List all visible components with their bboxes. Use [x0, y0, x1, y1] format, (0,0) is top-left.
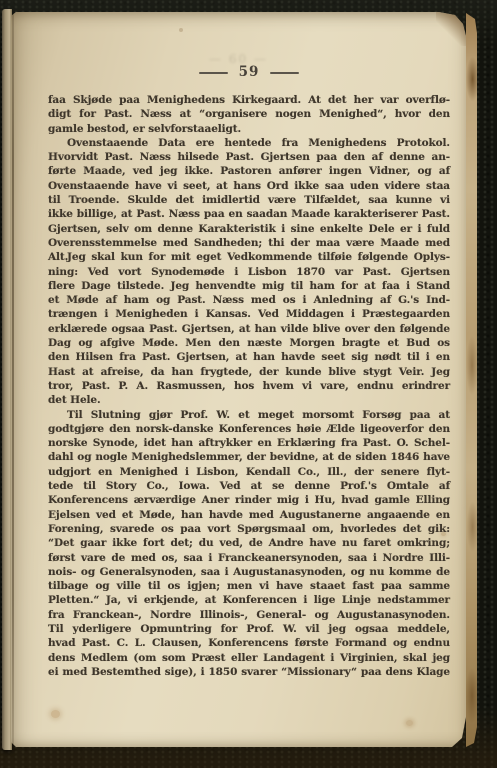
foxing-spot — [406, 720, 413, 726]
text-line: fra Franckean-, Nordre Illinois-, Genera… — [48, 608, 450, 622]
text-line: digt for Past. Næss at “organisere nogen… — [48, 107, 450, 121]
page-header: 59 — [48, 64, 450, 80]
text-line: nois- og Generalsynoden, saa i Augustana… — [48, 565, 450, 579]
text-line: flere Dage tilstede. Jeg henvendte mig t… — [48, 279, 450, 293]
text-line: ikke billige, at Past. Næss paa en saada… — [48, 207, 450, 221]
text-line: udgjort en Menighed i Lisbon, Kendall Co… — [48, 465, 450, 479]
text-line: norske Synode, idet han aftrykker en Erk… — [48, 436, 450, 450]
text-line: den Hilsen fra Past. Gjertsen, at han ha… — [48, 350, 450, 364]
text-line: til Troende. Skulde det imidlertid være … — [48, 193, 450, 207]
text-line: trængen i Menigheden i Kansas. Ved Midda… — [48, 307, 450, 321]
text-line: Jeg skal kun for mit eget Vedkommende ti… — [48, 250, 450, 264]
text-line: dens Medlem (om som Præst eller Landagen… — [48, 651, 450, 665]
text-line: tede til Story Co., Iowa. Ved at se denn… — [48, 479, 450, 493]
page-number: 59 — [239, 65, 260, 79]
text-line: tilbage og ville til os igjen; men vi ha… — [48, 579, 450, 593]
text-line: førte Maade, ved jeg ikke. Pastoren anfø… — [48, 164, 450, 178]
header-rule-left — [199, 72, 228, 74]
text-line: Til Slutning gjør Prof. W. et meget mors… — [48, 408, 450, 422]
text-line: Pletten.“ Ja, vi erkjende, at Konference… — [48, 593, 450, 607]
book-page: — 60 — 59 faa Skjøde paa Menighedens Kir… — [11, 12, 466, 747]
text-line: det Hele. — [48, 393, 450, 407]
text-block: faa Skjøde paa Menighedens Kirkegaard. A… — [48, 93, 450, 679]
text-line: Ovenstaaende have vi seet, at hans Ord i… — [48, 179, 450, 193]
text-line: ning: Ved vort Synodemøde i Lisbon 1870 … — [48, 265, 450, 279]
text-line: faa Skjøde paa Menighedens Kirkegaard. A… — [48, 93, 450, 107]
text-line: gamle bestod, er selvforstaaeligt. — [48, 122, 450, 136]
text-line: Overensstemmelse med Sandheden; thi der … — [48, 236, 450, 250]
text-line: et Møde af ham og Past. Næss med os i An… — [48, 293, 450, 307]
text-line: Til yderligere Opmuntring for Prof. W. v… — [48, 622, 450, 636]
text-line: “Det gaar ikke fort det; du ved, de Andr… — [48, 536, 450, 550]
text-line: Hast at afreise, da han frygtede, der ku… — [48, 365, 450, 379]
text-line: tror, Past. P. A. Rasmussen, hos hvem vi… — [48, 379, 450, 393]
text-line: Forening, svarede os paa vort Spørgsmaal… — [48, 522, 450, 536]
text-line: først vare de med os, saa i Franckeaners… — [48, 551, 450, 565]
foxing-spot — [51, 710, 60, 718]
foxing-spot — [179, 28, 183, 32]
text-line: Gjertsen, selv om denne Karakteristik i … — [48, 222, 450, 236]
text-line: erklærede ogsaa Past. Gjertsen, at han v… — [48, 322, 450, 336]
text-line: Ejelsen ved et Møde, han havde med Augus… — [48, 508, 450, 522]
header-rule-right — [270, 72, 299, 74]
text-line: Dag og afgive Møde. Men den næste Morgen… — [48, 336, 450, 350]
book-fore-edge — [466, 13, 477, 747]
text-line: Konferencens ærværdige Aner rinder mig i… — [48, 493, 450, 507]
gutter-crease — [12, 12, 14, 747]
text-line: Ovenstaaende Data ere hentede fra Menigh… — [48, 136, 450, 150]
text-line: ei med Bestemthed sige), i 1850 svarer “… — [48, 665, 450, 679]
text-line: godtgjøre den norsk-danske Konferences h… — [48, 422, 450, 436]
text-line: Hvorvidt Past. Næss hilsede Past. Gjerts… — [48, 150, 450, 164]
text-line: dahl og nogle Menighedslemmer, der bevid… — [48, 450, 450, 464]
text-line: hvad Past. C. L. Clausen, Konferencens f… — [48, 636, 450, 650]
underlying-page-edges — [2, 9, 12, 750]
